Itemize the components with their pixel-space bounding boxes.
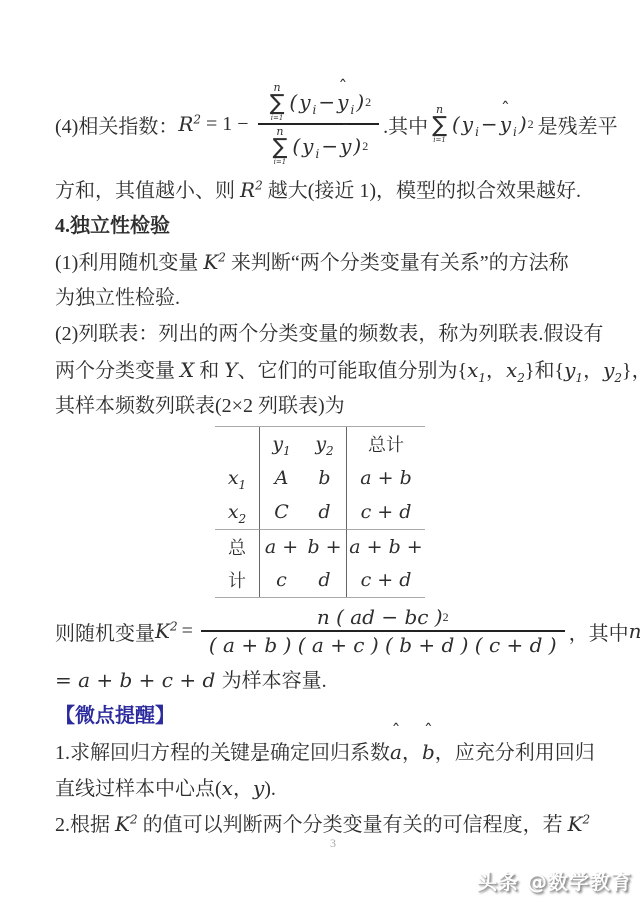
hat-mark: ˆ [424,723,433,741]
x1-symbol: x1 [467,358,486,382]
b-hat: ˆb [422,734,435,770]
text-run: 直线过样本中心点( [55,778,222,800]
k2-continuation: = a + b + c + d 为样本容量. [55,662,595,698]
sub-i: i [475,125,479,139]
hat-mark: ˆ [501,101,510,119]
table-row-x2: x2 C d c + d [215,495,425,529]
a-hat: ˆa [390,734,402,770]
y-var: y [462,112,473,136]
paren-open: ( [452,112,460,136]
sub-i: i [313,103,317,117]
x2-symbol: x2 [228,501,246,523]
sum-lower-index: i=1 [274,159,287,166]
contingency-table: y1 y2 总计 x1 A b a + b x2 C d c + d 总 a +… [215,426,425,598]
sigma-icon: ∑ [270,93,285,115]
r2-continuation-line: 方和，其值越小、则 R2 越大(接近 1)，模型的拟合效果越好. [55,172,595,208]
cell-d: d [303,495,346,529]
text-run: ). [264,778,276,800]
r2-lead-text: (4)相关指数： [55,110,178,139]
k2-symbol: K2 [203,250,226,274]
paren-close: ) [356,90,364,114]
r2-formula-line: (4)相关指数： R2 = 1 − n ∑ i=1 (yi−ˆyi) 2 n ∑… [55,76,595,172]
bar-mark: ¯ [254,759,263,777]
r2-numerator: n ∑ i=1 (yi−ˆyi) 2 [258,81,380,123]
sigma-icon: ∑ [273,137,288,159]
cell-c-plus-d: c + d [346,495,425,529]
r2-fraction: n ∑ i=1 (yi−ˆyi) 2 n ∑ i=1 (yi−¯y) 2 [258,81,380,167]
cell-a-plus-b: a + b [346,461,425,495]
col-header-y1: y1 [259,427,303,461]
col-header-y2: y2 [303,427,346,461]
paren-open: ( [292,134,300,158]
hat-mark: ˆ [391,723,400,741]
cell-b-plus: b + [303,529,346,563]
tip1-line: 1.求解回归方程的关键是确定回归系数ˆa，ˆb，应充分利用回归 [55,734,595,770]
col-header-total: 总计 [346,427,425,461]
total-term: (yi−¯y) [291,134,362,158]
watermark: 头条 @数学教育 [477,866,632,895]
text-run: 2.根据 [55,814,115,836]
section-heading-4: 4.独立性检验 [55,208,595,244]
table-total-row-bottom: 计 c d c + d [215,563,425,597]
k2-symbol: K2 [568,812,591,836]
k2-symbol: K2 [155,619,178,643]
sub-i: i [315,147,319,161]
text-run: (1)利用随机变量 [55,252,203,274]
r2-tail-text: 是残差平 [538,110,618,139]
y2-symbol: y2 [315,433,333,455]
text-run: ，应充分利用回归 [435,742,595,764]
x-var: x [467,358,478,382]
a-var: a [390,740,402,764]
k2-denominator: ( a + b ) ( a + c ) ( b + d ) ( c + d ) [201,632,565,658]
text-run: 来判断“两个分类变量有关系”的方法称 [226,252,569,274]
numerator-term: n ( ad − bc ) [317,605,443,629]
r2-mid-text: .其中 [383,110,428,139]
y1-symbol: y1 [564,358,583,382]
text-run: }， [622,360,640,382]
sum-expression: = a + b + c + d [55,668,222,692]
sum-lower-index: i=1 [433,137,446,144]
text-run: 方和，其值越小、则 [55,180,240,202]
k2-formula-line: 则随机变量 K2 = n ( ad − bc )2 ( a + b ) ( a … [55,600,595,662]
table-header-row: y1 y2 总计 [215,427,425,461]
y-var: y [272,433,283,455]
k2-equals: = [182,620,193,643]
x-variable: X [180,358,194,382]
sub-1: 1 [283,444,291,458]
y-bar: ¯y [253,770,264,806]
y-bar: ¯y [340,134,351,158]
paren-close: ) [353,134,361,158]
r2-symbol: R2 [240,178,263,202]
y-var: y [564,358,575,382]
document-page: (4)相关指数： R2 = 1 − n ∑ i=1 (yi−ˆyi) 2 n ∑… [55,0,595,842]
residual-term-inline: (yi−ˆyi) [451,112,528,136]
sum-symbol-denominator: n ∑ i=1 [273,126,288,166]
cell-a: A [259,461,303,495]
hat-mark: ˆ [338,79,347,97]
table-total-row-top: 总 a + b + a + b + [215,529,425,563]
k2-letter: K [155,619,170,643]
sub-1: 1 [478,371,486,385]
cell-a-b-plus: a + b + [346,529,425,563]
y-hat: ˆy [337,90,348,114]
sum-symbol-numerator: n ∑ i=1 [270,82,285,122]
bar-mark: ¯ [223,759,232,777]
k2-letter: K [568,812,583,836]
sub-1: 1 [575,371,583,385]
y2-symbol: y2 [603,358,622,382]
cell-c-d-sum: c + d [346,563,425,597]
minus-sign: − [321,134,338,158]
r2-equals: = 1 − [206,113,249,136]
cell-d2: d [303,563,346,597]
x-var: x [228,467,239,489]
y-variable: Y [224,358,237,382]
k2-letter: K [115,812,130,836]
cell-c2: c [259,563,303,597]
x-var: x [222,776,233,800]
sigma-icon: ∑ [432,115,447,137]
item1-continuation: 为独立性检验. [55,280,595,316]
residual-term: (yi−ˆyi) [288,90,365,114]
paren-close: ) [519,112,527,136]
x-bar: ¯x [222,770,233,806]
comma: ， [402,742,422,764]
page-number: 3 [330,836,336,851]
y1-symbol: y1 [272,433,290,455]
r2-letter: R [240,178,255,202]
y-hat: ˆy [500,112,511,136]
r2-exponent: 2 [255,178,263,192]
sub-i: i [513,125,517,139]
text-run: 的值可以判断两个分类变量有关的可信程度，若 [138,814,568,836]
k2-tail-text: ，其中 [569,617,629,646]
empty-cell [215,427,259,461]
tip2-line: 2.根据 K2 的值可以判断两个分类变量有关的可信程度，若 K2 [55,806,595,842]
comma: ， [486,360,506,382]
k2-exponent: 2 [170,619,178,633]
table-row-x1: x1 A b a + b [215,461,425,495]
y-var: y [299,90,310,114]
table-intro-line: 其样本频数列联表(2×2 列联表)为 [55,388,595,424]
tips-heading: 【微点提醒】 [55,698,595,734]
sub-2: 2 [239,512,247,526]
text-run: }和{ [525,360,564,382]
tip1-continuation: 直线过样本中心点(¯x，¯y). [55,770,595,806]
bar-mark: ¯ [341,123,350,141]
comma: ， [233,778,253,800]
row-header-x2: x2 [215,495,259,529]
cell-b: b [303,461,346,495]
y-var: y [315,433,326,455]
n-variable: n [629,619,640,643]
x1-symbol: x1 [228,467,246,489]
text-run: 两个分类变量 [55,360,180,382]
b-var: b [422,740,435,764]
sub-2: 2 [517,371,525,385]
total-label-bottom: 计 [215,563,259,597]
text-run: 为样本容量. [222,670,327,692]
r2-letter: R [178,112,193,136]
k2-lead-text: 则随机变量 [55,617,155,646]
text-run: 越大(接近 1)，模型的拟合效果越好. [263,180,581,202]
y-var: y [603,358,614,382]
y-var: y [253,776,264,800]
k2-letter: K [203,250,218,274]
minus-sign: − [318,90,335,114]
r2-exponent: 2 [193,112,201,126]
k2-exponent: 2 [583,812,591,826]
sub-2: 2 [326,444,334,458]
item2-continuation: 两个分类变量 X 和 Y、它们的可能取值分别为{x1，x2}和{y1，y2}， [55,352,595,388]
k2-exponent: 2 [218,250,226,264]
sum-symbol-inline: n ∑ i=1 [432,104,447,144]
k2-numerator: n ( ad − bc )2 [309,604,457,630]
row-header-x1: x1 [215,461,259,495]
y-var: y [302,134,313,158]
sub-1: 1 [239,478,247,492]
k2-symbol: K2 [115,812,138,836]
total-label-top: 总 [215,529,259,563]
r2-denominator: n ∑ i=1 (yi−¯y) 2 [261,125,377,167]
item1-line: (1)利用随机变量 K2 来判断“两个分类变量有关系”的方法称 [55,244,595,280]
x2-symbol: x2 [506,358,525,382]
cell-c: C [259,495,303,529]
x-var: x [506,358,517,382]
text-run: 和 [194,360,224,382]
item2-line: (2)列联表：列出的两个分类变量的频数表，称为列联表.假设有 [55,316,595,352]
k2-exponent: 2 [130,812,138,826]
text-run: 、它们的可能取值分别为{ [237,360,467,382]
sub-i: i [350,103,354,117]
sum-lower-index: i=1 [271,115,284,122]
paren-open: ( [289,90,297,114]
k2-fraction: n ( ad − bc )2 ( a + b ) ( a + c ) ( b +… [201,604,565,658]
r2-symbol: R2 [178,112,201,136]
sub-2: 2 [614,371,622,385]
minus-sign: − [481,112,498,136]
comma: ， [583,360,603,382]
x-var: x [228,501,239,523]
cell-a-plus: a + [259,529,303,563]
